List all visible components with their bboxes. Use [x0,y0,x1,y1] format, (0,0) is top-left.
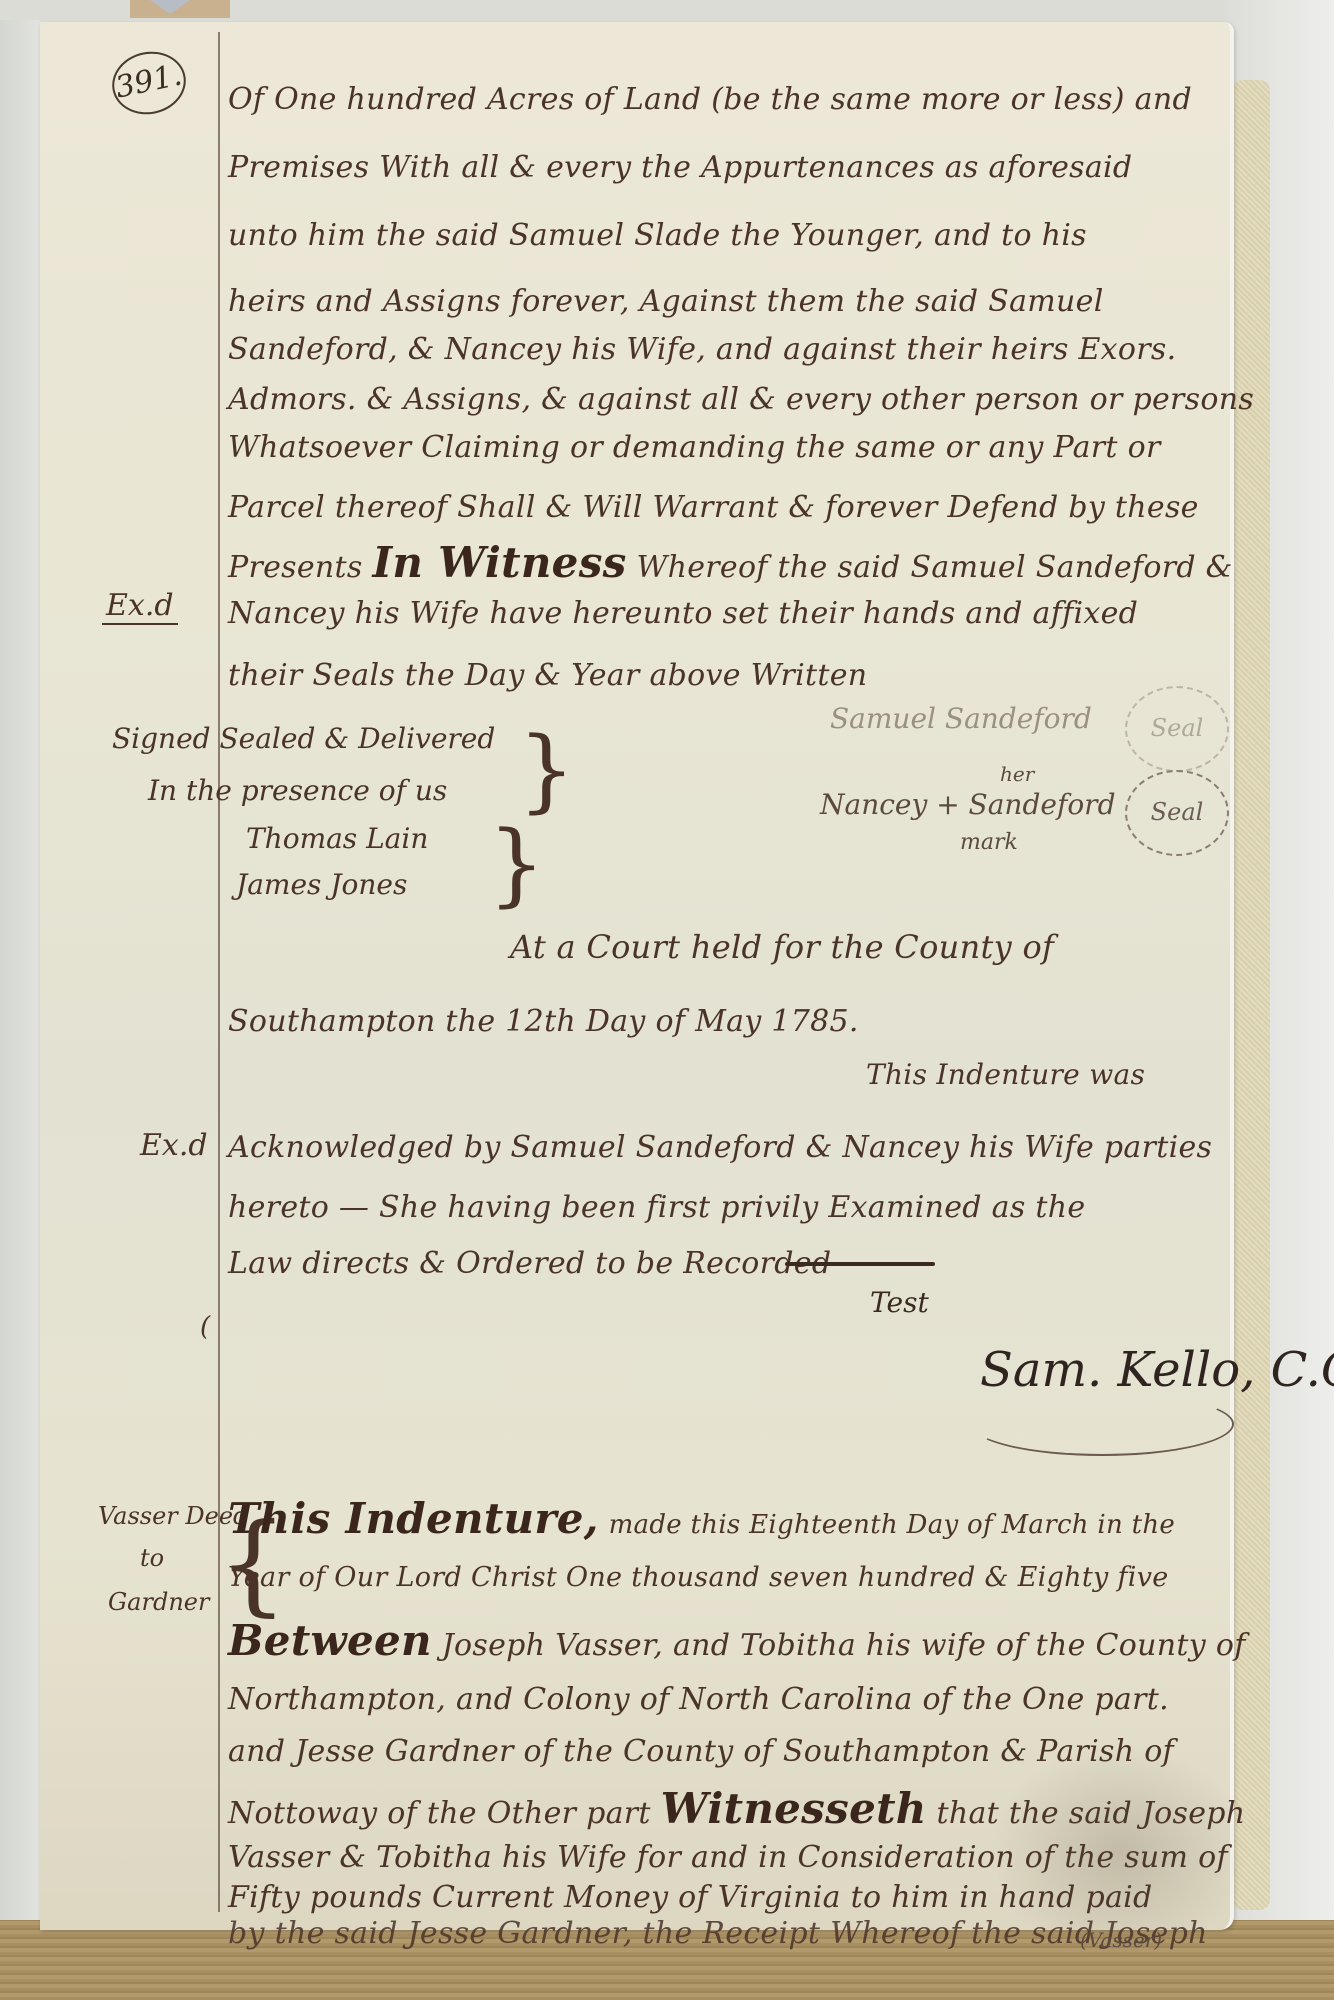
signature-samuel-sandeford: Samuel Sandeford [830,702,1092,735]
text-line: Acknowledged by Samuel Sandeford & Nance… [228,1130,1228,1165]
text: Whereof the said Samuel Sandeford & [636,550,1232,585]
mark-label: mark [960,830,1018,855]
text: Nottoway of the Other part [228,1796,651,1831]
brace: } [518,726,575,816]
this-indenture-heading: This Indenture, [228,1494,599,1543]
margin-note-examined-2: Ex.d [136,1128,212,1163]
text-line: Year of Our Lord Christ One thousand sev… [228,1562,1228,1593]
witness-thomas-lain: Thomas Lain [246,822,428,855]
text-line: Whatsoever Claiming or demanding the sam… [228,430,1228,465]
court-date: Southampton the 12th Day of May 1785. [228,1004,1228,1039]
witness-line: Presents In Witness Whereof the said Sam… [228,538,1228,587]
seal-samuel: Seal [1125,686,1229,772]
witnesseth-heading: Witnesseth [661,1784,927,1833]
test-label: Test [870,1286,929,1319]
text: Presents [228,550,363,585]
manuscript-page: 391. Of One hundred Acres of Land (be th… [40,22,1234,1930]
her-label: her [1000,762,1034,786]
margin-to: to [140,1544,164,1572]
in-witness-heading: In Witness [372,538,626,587]
folio-number: 391. [106,45,191,121]
text-line: hereto — She having been first privily E… [228,1190,1228,1225]
text-line: Premises With all & every the Appurtenan… [228,150,1228,185]
text-line: Northampton, and Colony of North Carolin… [228,1682,1228,1717]
between-line: Between Joseph Vasser, and Tobitha his w… [228,1616,1228,1665]
between-heading: Between [228,1616,432,1665]
text-line: Admors. & Assigns, & against all & every… [228,382,1228,417]
attestation-line-2: In the presence of us [148,774,447,807]
margin-gardner: Gardner [108,1588,209,1616]
rule-stroke [785,1262,935,1266]
attestation-line-1: Signed Sealed & Delivered [112,722,495,755]
indenture-opening: This Indenture, made this Eighteenth Day… [228,1494,1228,1543]
text-line: Parcel thereof Shall & Will Warrant & fo… [228,490,1228,525]
margin-rule [218,32,220,1912]
seal-nancey: Seal [1125,770,1229,856]
adjacent-page-edge [0,20,40,1980]
text-line: heirs and Assigns forever, Against them … [228,284,1228,319]
court-heading: At a Court held for the County of [510,928,1334,966]
text: Joseph Vasser, and Tobitha his wife of t… [442,1628,1246,1663]
margin-note-examined: Ex.d [102,588,178,623]
text-line: Of One hundred Acres of Land (be the sam… [228,82,1228,117]
witness-james-jones: James Jones [236,868,407,901]
text: made this Eighteenth Day of March in the [609,1510,1176,1540]
signature-nancey-sandeford: Nancey + Sandeford [820,788,1116,821]
brace: } [488,820,545,910]
text-line: Nancey his Wife have hereunto set their … [228,596,1228,631]
text-line: This Indenture was [866,1058,1334,1091]
text-line: their Seals the Day & Year above Written [228,658,1228,693]
flourish [970,1392,1234,1456]
clerk-signature-sam-kello: Sam. Kello, C.C. [980,1342,1334,1398]
text-line: Sandeford, & Nancey his Wife, and agains… [228,332,1228,367]
text-line: unto him the said Samuel Slade the Young… [228,218,1228,253]
text-line: Law directs & Ordered to be Recorded [228,1246,1228,1281]
hand-shadow [990,1742,1250,1962]
margin-tick: ( [200,1312,210,1342]
